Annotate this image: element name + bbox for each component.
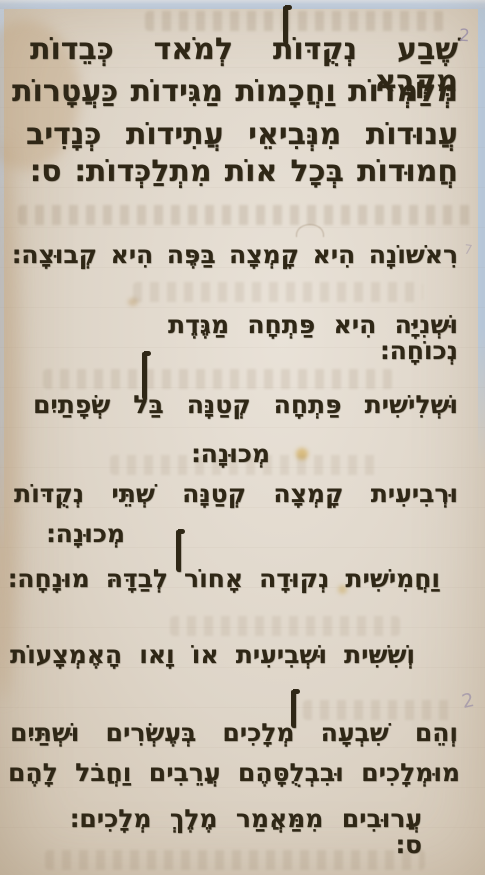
text-line: וּרְבִיעִית קָמְצָה קְטַנָּה שְׁתֵּי נְק… xyxy=(14,481,458,507)
bleedthrough-line xyxy=(133,282,423,302)
text-line: מוּמְלָכִים וּבִבְלֻסָּהֶם עֲרֵבִים וַחֲ… xyxy=(8,760,460,786)
scan-backing-right xyxy=(478,9,485,464)
parchment-stain xyxy=(296,448,308,460)
text-line: מְלַמְּדוֹת וַחֲכָמוֹת מַגִּידוֹת כַּעֲט… xyxy=(12,76,458,108)
bleedthrough-line xyxy=(170,616,400,636)
bleedthrough-line xyxy=(145,11,445,31)
bleedthrough-line xyxy=(303,700,453,720)
stray-pencil-mark: 7 xyxy=(463,242,473,258)
bleedthrough-line xyxy=(18,205,473,225)
manuscript-page: שֶׁבַע נְקֻדּוֹת לְמֹאד כְּבֵדוֹת מִקְרָ… xyxy=(0,0,485,875)
text-line: מְכוּנָה׃ xyxy=(46,521,125,547)
text-line: מְכוּנָה׃ xyxy=(191,441,270,467)
text-line: וְשִׁשִּׁית וּשְׁבִיעִית אוֹ וָאו הָאֶמְ… xyxy=(10,642,415,668)
stray-pen-mark xyxy=(296,224,324,237)
scan-backing-left xyxy=(0,9,4,554)
bleedthrough-line xyxy=(43,369,393,389)
text-line: עֲרוּבִים מִמַּאֲמַר מֶלֶךְ מְלָכִים׃ ס׃ xyxy=(70,806,422,859)
text-line: וַחֲמִישִׁית נְקוּדָה אָחוֹר לְבַדָּהּ מ… xyxy=(8,566,440,592)
text-line: וּשְׁנִיָּה הִיא פַּתְחָה מַגֶּדֶת נְכוֹ… xyxy=(168,312,458,365)
text-line: רִאשׁוֹנָה הִיא קָמְצָה בַּפֶּה הִיא קְב… xyxy=(12,242,458,268)
text-line: חֲמוּדוֹת בְּכָל אוֹת מִתְלַכְּדוֹת׃ ס׃ xyxy=(30,156,458,188)
text-line: וְהֵם שִׁבְעָה מְלָכִים בְּעֶשְׂרִים וּש… xyxy=(10,720,458,746)
text-line: עֲנוּדוֹת מִנְּבִיאֵי עֲתִידוֹת כְּנָדִי… xyxy=(26,119,458,151)
scan-backing-top xyxy=(0,0,485,9)
folio-number-pencil: 2 xyxy=(460,689,476,713)
text-line: וּשְׁלִישִׁית פַּתְחָה קְטַנָּה בַּל שְׂ… xyxy=(33,392,458,418)
parchment-stain xyxy=(128,298,138,306)
folio-number-pencil: 2 xyxy=(458,26,470,47)
